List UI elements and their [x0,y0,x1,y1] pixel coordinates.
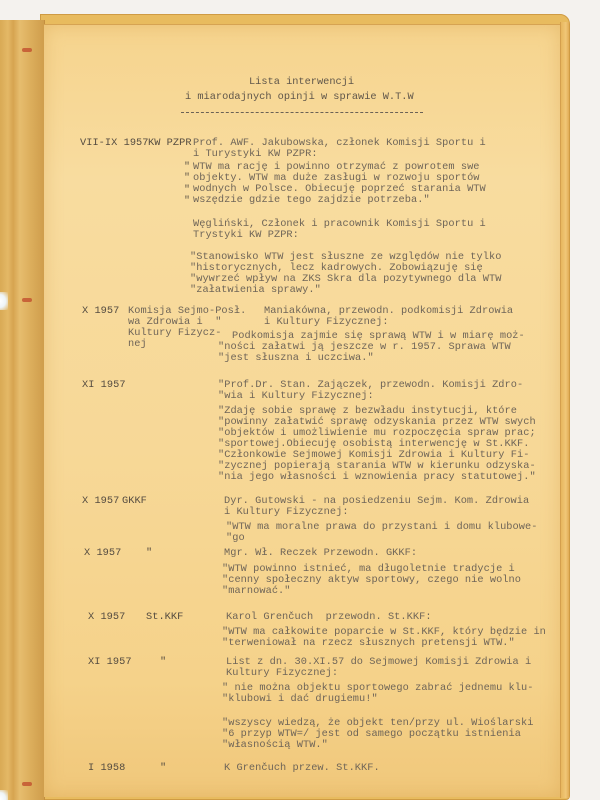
entry-person: i Kultury Fizycznej: [264,317,389,328]
entry-quote: "własnością WTW." [222,740,328,751]
entry-quote: "marnować." [222,586,291,597]
entry-org: KW PZPR [148,138,192,149]
title-line-1: Lista interwencji [249,76,354,88]
entry-person: Kultury Fizycznej: [226,668,338,679]
entry-date: X 1957 [82,306,119,317]
entry-org: St.KKF [146,612,183,623]
entry-quote: "go [226,533,245,544]
quote-marks: " " " " [184,162,190,207]
entry-date: X 1957 [88,612,125,623]
entry-person: "wia i Kultury Fizycznej: [218,391,374,402]
entry-date: X 1957 [84,548,121,559]
entry-quote: "jest słuszna i uczciwa." [218,353,374,364]
entry-person: i Kultury Fizycznej: [224,507,349,518]
entry-org: " [160,657,166,668]
entry-quote: "nia jego własności i wznowienia pracy s… [218,472,536,483]
punch-hole [0,790,8,800]
page-stack-edge [560,22,569,798]
entry-org: nej [128,339,147,350]
rust-stain [22,48,32,52]
entry-org: GKKF [122,496,147,507]
entry-quote: "załatwienia sprawy." [190,285,321,296]
entry-person: Mgr. Wł. Reczek Przewodn. GKKF: [224,548,417,559]
entry-org: " [146,548,152,559]
entry-org: " [160,763,166,774]
entry-person: K Grenčuch przew. St.KKF. [224,763,380,774]
entry-person: i Turystyki KW PZPR: [193,149,318,160]
rust-stain [22,298,32,302]
rust-stain [22,782,32,786]
entry-date: I 1958 [88,763,125,774]
folder-binding [0,20,45,800]
entry-person: Karol Grenčuch przewodn. St.KKF: [226,612,432,623]
title-underline [181,112,423,113]
entry-quote: "terweniował na rzecz słusznych pretensj… [222,638,515,649]
title-line-2: i miarodajnych opinji w sprawie W.T.W [185,91,414,103]
entry-quote: "WTW ma moralne prawa do przystani i dom… [226,522,537,533]
entry-date: VII-IX 1957 [80,138,149,149]
entry-person: Trystyki KW PZPR: [193,230,299,241]
punch-hole [0,292,8,310]
entry-date: XI 1957 [88,657,132,668]
entry-quote: wszędzie gdzie tego zajdzie potrzeba." [193,195,430,206]
entry-date: X 1957 [82,496,119,507]
entry-date: XI 1957 [82,380,126,391]
entry-quote: "klubowi i dać drugiemu!" [222,694,378,705]
